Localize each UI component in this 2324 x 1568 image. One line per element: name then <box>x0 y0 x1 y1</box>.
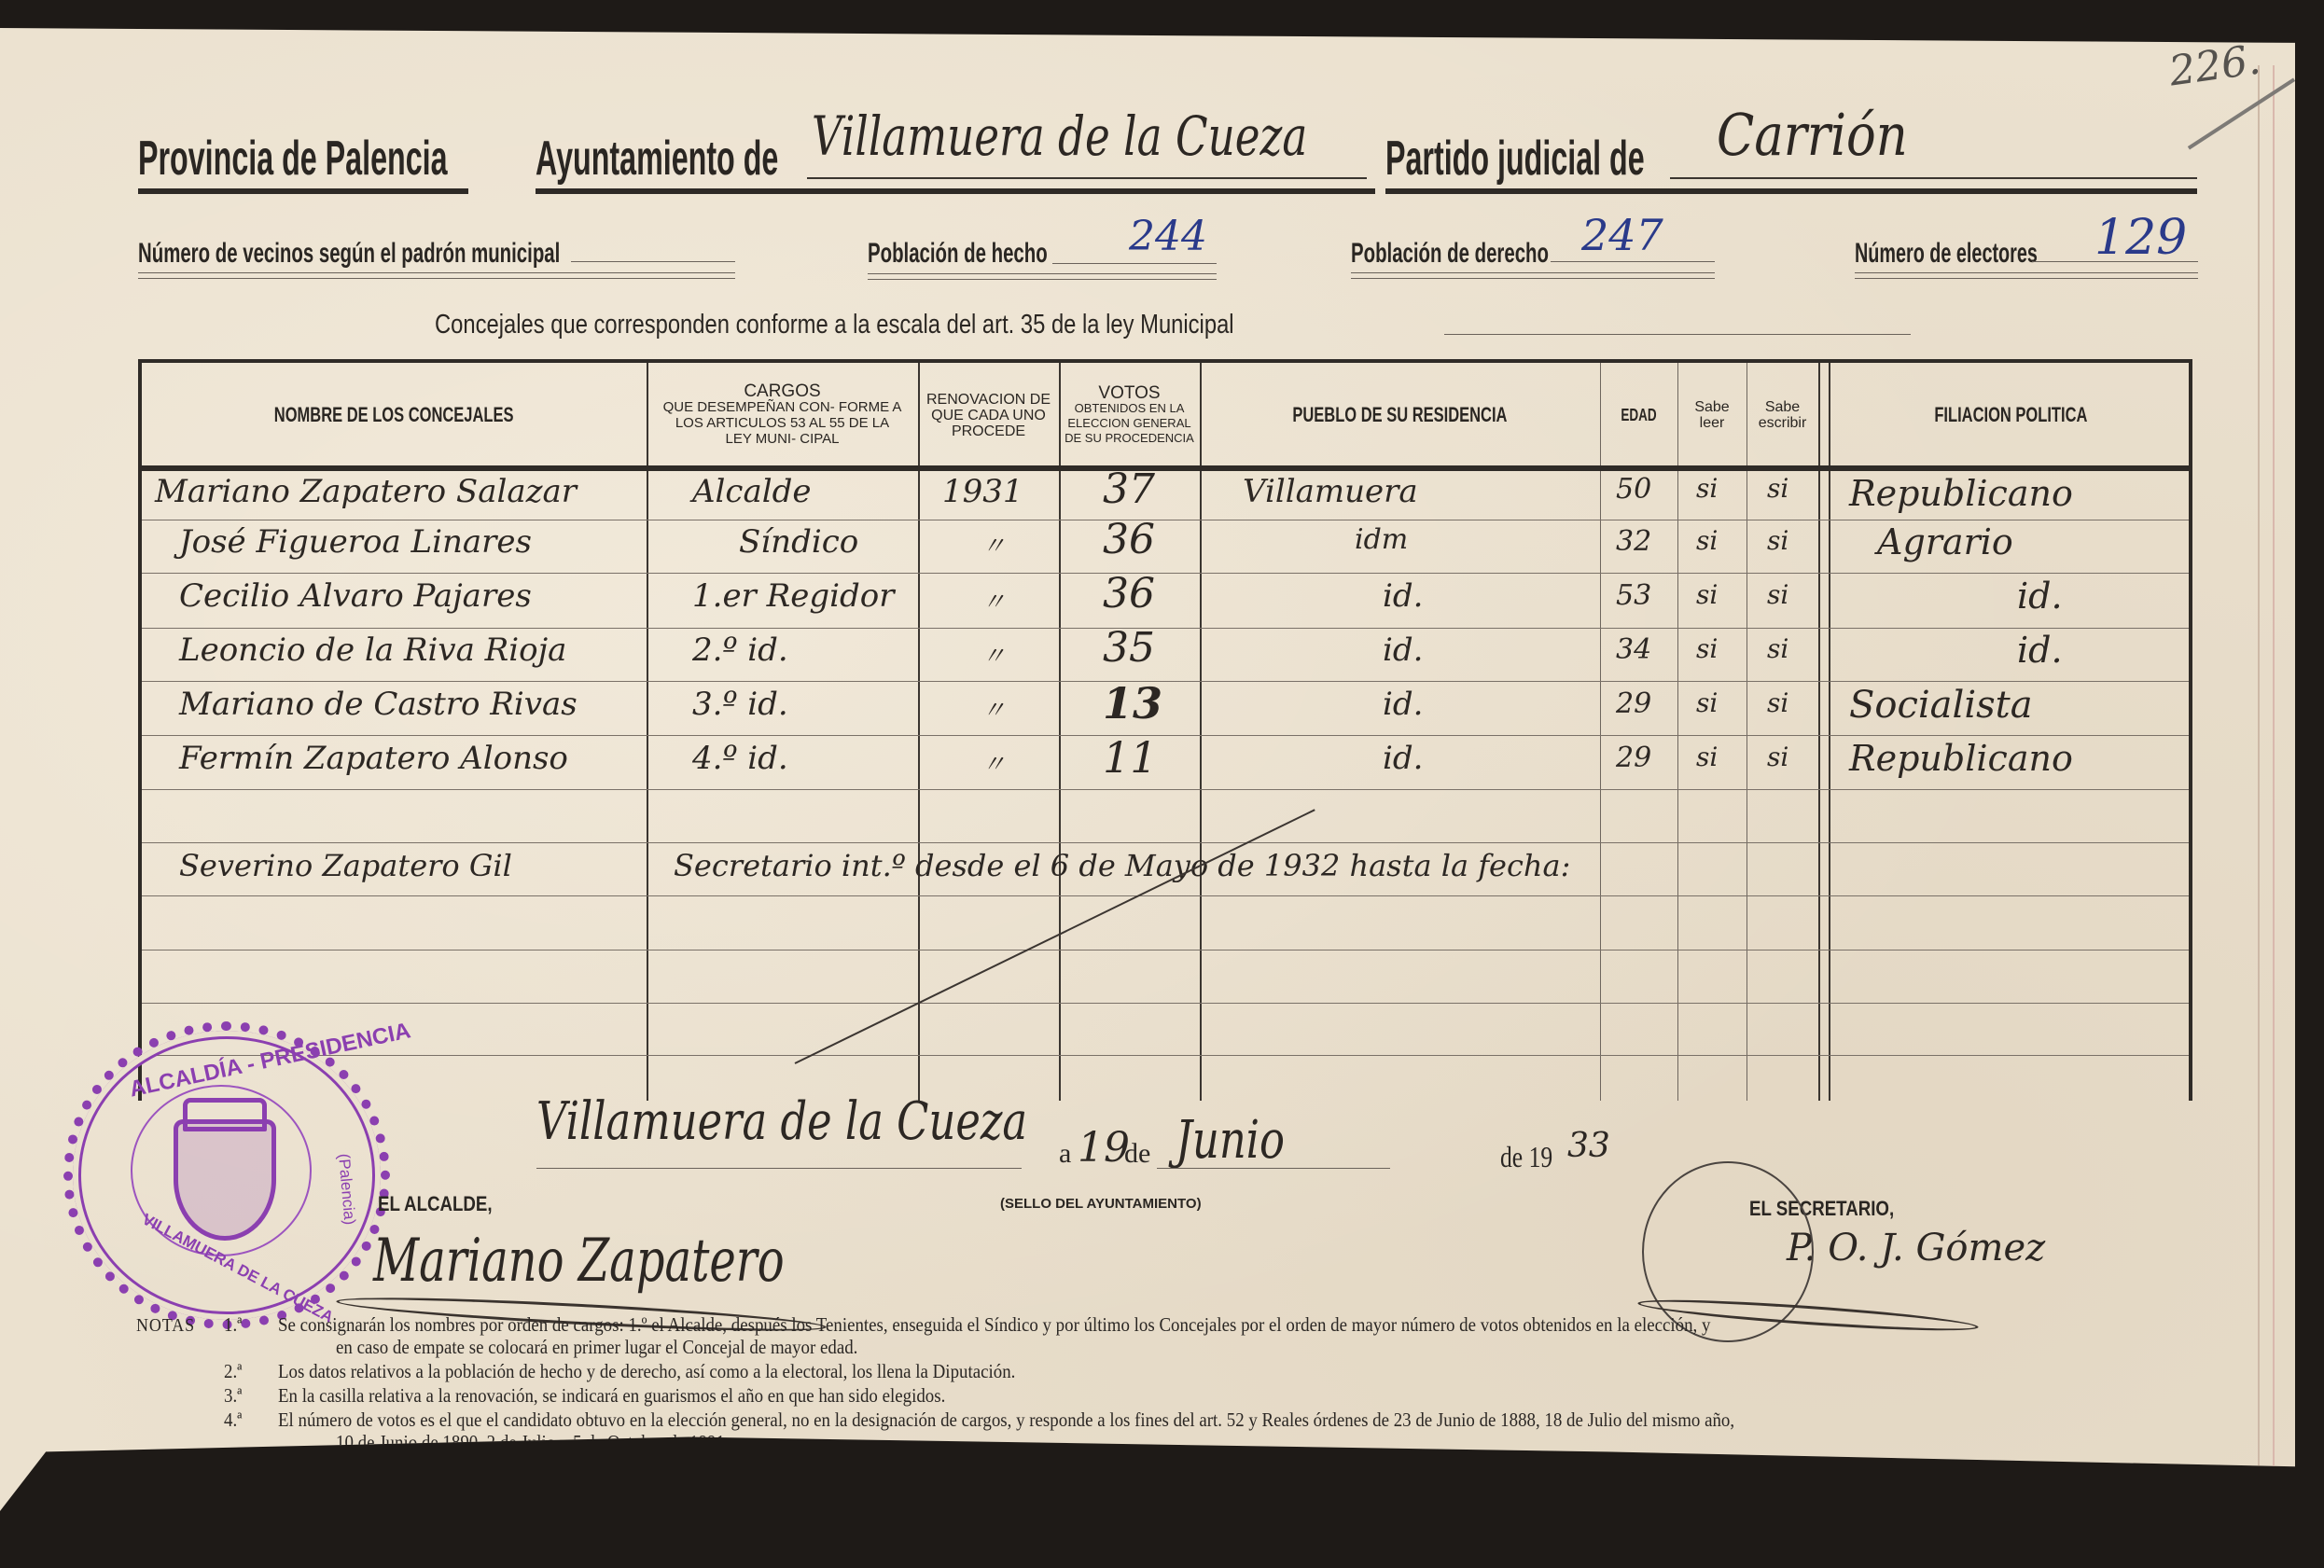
cell-cargo: Alcalde <box>692 473 812 510</box>
cell-cargo: 4.º id. <box>692 740 788 777</box>
partido-field-line <box>1670 177 2197 179</box>
stamp-side-text: (Palencia) <box>334 1153 359 1226</box>
footer-place: Villamuera de la Cueza <box>536 1091 1027 1152</box>
concejales-caption: Concejales que corresponden conforme a l… <box>435 310 1234 340</box>
cell-renovacion: 〃 <box>981 637 1006 672</box>
cell-nombre: Mariano de Castro Rivas <box>179 686 578 723</box>
derecho-rule-1 <box>1351 272 1715 273</box>
cell-renovacion: 〃 <box>981 745 1006 780</box>
alcalde-signature: Mariano Zapatero <box>373 1227 785 1296</box>
cell-votos: 35 <box>1103 624 1155 672</box>
coat-of-arms-icon <box>174 1119 276 1241</box>
col-divider <box>1600 363 1601 1101</box>
note-number: 2.ª <box>224 1360 242 1383</box>
col-divider <box>918 363 920 1101</box>
col-divider <box>1200 363 1202 1101</box>
cell-votos: 36 <box>1103 570 1155 617</box>
cell-renovacion: 〃 <box>981 527 1006 562</box>
cell-edad: 29 <box>1616 742 1651 774</box>
vecinos-field-line <box>571 261 735 262</box>
provincia-label: Provincia de Palencia <box>138 131 448 187</box>
cell-escribir: si <box>1767 579 1788 610</box>
partido-value: Carrión <box>1717 101 1908 169</box>
cell-votos: 11 <box>1103 732 1158 783</box>
secretary-name: Severino Zapatero Gil <box>179 848 512 883</box>
cell-leer: si <box>1696 579 1718 610</box>
row-rule <box>142 842 2189 843</box>
month-field-line <box>1157 1168 1390 1169</box>
hecho-rule-1 <box>868 273 1217 274</box>
cell-filiacion: id. <box>2017 576 2063 617</box>
ayuntamiento-rule <box>536 188 1375 194</box>
ayuntamiento-value: Villamuera de la Cueza <box>812 104 1307 168</box>
col-divider <box>1059 363 1061 1101</box>
cell-nombre: Fermín Zapatero Alonso <box>179 740 568 777</box>
col-divider <box>1829 363 1830 1101</box>
cell-filiacion: id. <box>2017 630 2063 671</box>
electores-label: Número de electores <box>1855 238 2038 270</box>
cell-filiacion: Agrario <box>1877 521 2013 562</box>
note-number: 5.ª <box>224 1455 242 1478</box>
cell-leer: si <box>1696 525 1718 556</box>
concejales-field-line <box>1444 334 1911 335</box>
partido-label: Partido judicial de <box>1385 131 1645 187</box>
note-text-cont: en caso de empate se colocará en primer … <box>336 1336 857 1359</box>
cell-escribir: si <box>1767 633 1788 664</box>
row-rule <box>142 1003 2189 1004</box>
municipal-seal-stamp: ALCALDÍA - PRESIDENCIA VILLAMUERA DE LA … <box>63 1021 390 1329</box>
cell-renovacion: 〃 <box>981 691 1006 726</box>
cell-escribir: si <box>1767 525 1788 556</box>
col-header-filiacion: FILIACION POLITICA <box>1829 367 2192 464</box>
electores-rule-2 <box>1855 278 2198 279</box>
note-number: 4.ª <box>224 1408 242 1432</box>
row-rule <box>142 735 2189 736</box>
electores-value: 129 <box>2094 210 2187 266</box>
cell-cargo: 3.º id. <box>692 686 788 723</box>
cell-pueblo: id. <box>1383 577 1423 615</box>
cell-cargo: Síndico <box>739 523 858 561</box>
col-divider <box>1818 363 1820 1101</box>
row-rule <box>142 895 2189 896</box>
note-number: 1.ª <box>224 1313 242 1337</box>
row-rule <box>142 789 2189 790</box>
row-rule <box>142 1055 2189 1056</box>
cell-leer: si <box>1696 473 1718 504</box>
row-rule <box>142 573 2189 574</box>
col-header-nombre: NOMBRE DE LOS CONCEJALES <box>142 367 647 464</box>
electores-field-line <box>2032 261 2198 262</box>
vecinos-rule-1 <box>138 272 735 273</box>
derecho-rule-2 <box>1351 278 1715 279</box>
col-divider <box>1677 363 1678 1101</box>
cell-pueblo: idm <box>1355 523 1408 556</box>
partido-rule <box>1385 188 2197 194</box>
note-text: Además de los nombres de los individuos … <box>278 1455 1415 1478</box>
footer-year-prefix: de 19 <box>1500 1140 1552 1174</box>
col-header-pueblo: PUEBLO DE SU RESIDENCIA <box>1200 367 1600 464</box>
cell-escribir: si <box>1767 473 1788 504</box>
cell-leer: si <box>1696 687 1718 718</box>
cell-filiacion: Socialista <box>1849 684 2033 727</box>
footer-day: 19 <box>1078 1124 1130 1172</box>
row-rule <box>142 520 2189 520</box>
place-field-line <box>536 1168 1022 1169</box>
col-header-escribir: Sabe escribir <box>1746 367 1818 464</box>
cell-edad: 29 <box>1616 687 1651 720</box>
cell-edad: 32 <box>1616 525 1651 558</box>
cell-votos: 13 <box>1103 678 1162 728</box>
cell-filiacion: Republicano <box>1849 473 2073 514</box>
col-header-renovacion: RENOVACION DE QUE CADA UNO PROCEDE <box>918 367 1059 464</box>
footer-a-label: a <box>1059 1138 1071 1170</box>
note-text: El número de votos es el que el candidat… <box>278 1408 1734 1432</box>
cell-edad: 50 <box>1616 473 1651 506</box>
cell-filiacion: Republicano <box>1849 738 2073 779</box>
page-edge <box>2258 65 2275 1483</box>
cell-escribir: si <box>1767 742 1788 772</box>
cell-leer: si <box>1696 633 1718 664</box>
note-text: Se consignarán los nombres por orden de … <box>278 1313 1710 1337</box>
hecho-field-line <box>1052 263 1217 264</box>
col-divider <box>1746 363 1747 1101</box>
col-header-cargos: CARGOS QUE DESEMPEÑAN CON- FORME A LOS A… <box>647 367 918 464</box>
derecho-field-line <box>1551 261 1715 262</box>
row-rule <box>142 950 2189 951</box>
cell-nombre: José Figueroa Linares <box>179 523 532 561</box>
cell-renovacion: 〃 <box>981 583 1006 617</box>
cell-votos: 36 <box>1103 516 1155 563</box>
notes-label: NOTAS <box>136 1315 195 1337</box>
footer-month: Junio <box>1176 1110 1285 1171</box>
ayuntamiento-label: Ayuntamiento de <box>536 131 778 187</box>
note-text: Los datos relativos a la población de he… <box>278 1360 1015 1383</box>
cell-pueblo: id. <box>1383 686 1423 723</box>
secretario-signature: P. O. J. Gómez <box>1787 1227 2045 1270</box>
row-rule <box>142 628 2189 629</box>
provincia-rule <box>138 188 468 194</box>
col-header-votos: VOTOS OBTENIDOS EN LA ELECCION GENERAL D… <box>1059 367 1200 464</box>
cell-edad: 34 <box>1616 633 1651 666</box>
hecho-rule-2 <box>868 279 1217 280</box>
cell-pueblo: id. <box>1383 740 1423 777</box>
cell-nombre: Mariano Zapatero Salazar <box>155 473 577 510</box>
vecinos-rule-2 <box>138 278 735 279</box>
cell-pueblo: id. <box>1383 631 1423 669</box>
cell-cargo: 1.er Regidor <box>692 577 894 615</box>
derecho-value: 247 <box>1581 210 1663 260</box>
note-number: 3.ª <box>224 1384 242 1408</box>
concejales-table: NOMBRE DE LOS CONCEJALES CARGOS QUE DESE… <box>138 359 2192 1101</box>
col-header-edad: EDAD <box>1600 367 1677 464</box>
footer-year-suffix: 33 <box>1567 1127 1610 1165</box>
document-page: 226. Provincia de Palencia Ayuntamiento … <box>0 28 2295 1511</box>
cell-leer: si <box>1696 742 1718 772</box>
cell-cargo: 2.º id. <box>692 631 788 669</box>
cell-escribir: si <box>1767 687 1788 718</box>
electores-rule-1 <box>1855 272 2198 273</box>
footer-de-label: de <box>1124 1138 1150 1170</box>
ayuntamiento-field-line <box>807 177 1367 179</box>
cell-nombre: Leoncio de la Riva Rioja <box>179 631 566 669</box>
cell-renovacion: 1931 <box>942 473 1023 510</box>
vecinos-label: Número de vecinos según el padrón munici… <box>138 238 560 270</box>
page-number: 226. <box>2166 35 2263 95</box>
sello-label: (SELLO DEL AYUNTAMIENTO) <box>1000 1196 1202 1212</box>
hecho-value: 244 <box>1129 213 1207 260</box>
col-divider <box>647 363 648 1101</box>
header-rule <box>142 465 2189 471</box>
col-header-leer: Sabe leer <box>1677 367 1746 464</box>
cell-pueblo: Villamuera <box>1243 473 1418 510</box>
derecho-label: Población de derecho <box>1351 238 1549 270</box>
cell-nombre: Cecilio Alvaro Pajares <box>179 577 532 615</box>
secretary-note: Secretario int.º desde el 6 de Mayo de 1… <box>674 848 1570 883</box>
cell-edad: 53 <box>1616 579 1651 612</box>
hecho-label: Población de hecho <box>868 238 1048 270</box>
note-text: En la casilla relativa a la renovación, … <box>278 1384 945 1408</box>
row-rule <box>142 681 2189 682</box>
cell-votos: 37 <box>1103 465 1155 513</box>
alcalde-label: EL ALCALDE, <box>378 1192 493 1216</box>
note-text-cont: 10 de Junio de 1890, 2 de Julio y 5 de O… <box>336 1431 730 1454</box>
